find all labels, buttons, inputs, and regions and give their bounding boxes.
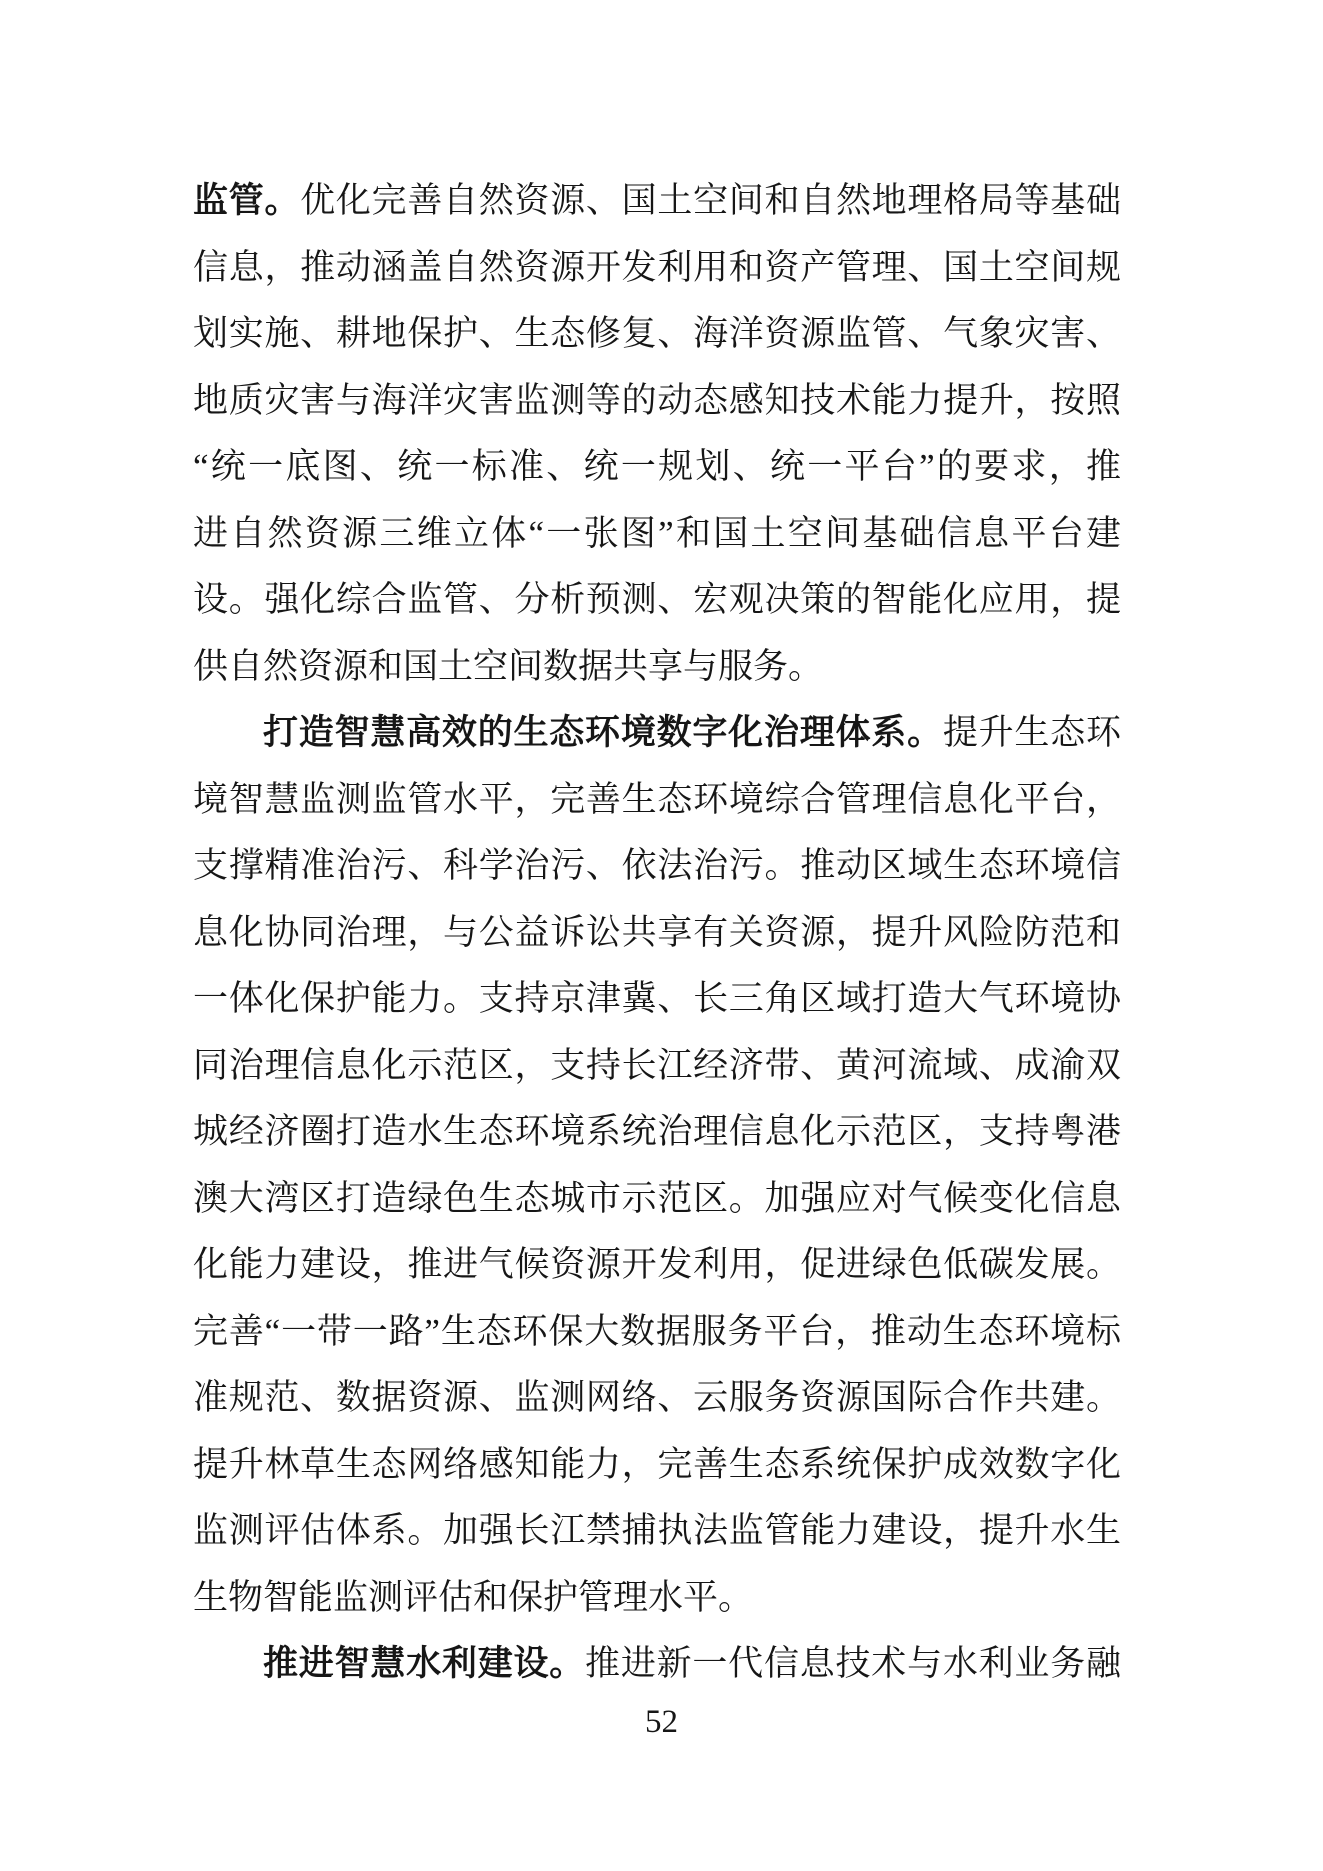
text-line: 设。强化综合监管、分析预测、宏观决策的智能化应用，提 [193, 567, 1121, 634]
text-line: 息化协同治理，与公益诉讼共享有关资源，提升风险防范和 [193, 900, 1121, 967]
text-line: 提升林草生态网络感知能力，完善生态系统保护成效数字化 [193, 1432, 1121, 1499]
line-text: 一体化保护能力。支持京津冀、长三角区域打造大气环境协 [193, 979, 1121, 1018]
text-line: 准规范、数据资源、监测网络、云服务资源国际合作共建。 [193, 1365, 1121, 1432]
line-text: 同治理信息化示范区，支持长江经济带、黄河流域、成渝双 [193, 1046, 1121, 1085]
line-text: 支撑精准治污、科学治污、依法治污。推动区域生态环境信 [193, 846, 1121, 885]
text-line: 信息，推动涵盖自然资源开发利用和资产管理、国土空间规 [193, 235, 1121, 302]
text-line: 一体化保护能力。支持京津冀、长三角区域打造大气环境协 [193, 966, 1121, 1033]
text-line: 进自然资源三维立体“一张图”和国土空间基础信息平台建 [193, 501, 1121, 568]
text-line: 澳大湾区打造绿色生态城市示范区。加强应对气候变化信息 [193, 1166, 1121, 1233]
line-text: 提升生态环 [943, 713, 1121, 752]
line-text: 准规范、数据资源、监测网络、云服务资源国际合作共建。 [193, 1378, 1121, 1417]
paragraph-lead-bold: 推进智慧水利建设。 [263, 1644, 585, 1683]
text-block: 监管。优化完善自然资源、国土空间和自然地理格局等基础 信息，推动涵盖自然资源开发… [193, 168, 1121, 1698]
line-text: 完善“一带一路”生态环保大数据服务平台，推动生态环境标 [193, 1312, 1121, 1351]
text-line: 完善“一带一路”生态环保大数据服务平台，推动生态环境标 [193, 1299, 1121, 1366]
line-text: 境智慧监测监管水平，完善生态环境综合管理信息化平台， [193, 780, 1121, 819]
line-text: 化能力建设，推进气候资源开发利用，促进绿色低碳发展。 [193, 1245, 1121, 1284]
text-line: 城经济圈打造水生态环境系统治理信息化示范区，支持粤港 [193, 1099, 1121, 1166]
text-line: 生物智能监测评估和保护管理水平。 [193, 1565, 1121, 1632]
line-text: 进自然资源三维立体“一张图”和国土空间基础信息平台建 [193, 514, 1121, 553]
line-text: “统一底图、统一标准、统一规划、统一平台”的要求，推 [193, 447, 1121, 486]
line-text: 信息，推动涵盖自然资源开发利用和资产管理、国土空间规 [193, 248, 1121, 287]
text-line: 同治理信息化示范区，支持长江经济带、黄河流域、成渝双 [193, 1033, 1121, 1100]
text-line: 地质灾害与海洋灾害监测等的动态感知技术能力提升，按照 [193, 368, 1121, 435]
line-text: 提升林草生态网络感知能力，完善生态系统保护成效数字化 [193, 1445, 1121, 1484]
text-line: 境智慧监测监管水平，完善生态环境综合管理信息化平台， [193, 767, 1121, 834]
line-text: 息化协同治理，与公益诉讼共享有关资源，提升风险防范和 [193, 913, 1121, 952]
text-line: 支撑精准治污、科学治污、依法治污。推动区域生态环境信 [193, 833, 1121, 900]
line-text: 设。强化综合监管、分析预测、宏观决策的智能化应用，提 [193, 580, 1121, 619]
line-text: 城经济圈打造水生态环境系统治理信息化示范区，支持粤港 [193, 1112, 1121, 1151]
line-text: 优化完善自然资源、国土空间和自然地理格局等基础 [300, 181, 1121, 220]
line-text: 澳大湾区打造绿色生态城市示范区。加强应对气候变化信息 [193, 1179, 1121, 1218]
line-text: 监测评估体系。加强长江禁捕执法监管能力建设，提升水生 [193, 1511, 1121, 1550]
text-line: 打造智慧高效的生态环境数字化治理体系。提升生态环 [193, 700, 1121, 767]
text-line: 化能力建设，推进气候资源开发利用，促进绿色低碳发展。 [193, 1232, 1121, 1299]
page-number: 52 [0, 1704, 1323, 1741]
text-line: 供自然资源和国土空间数据共享与服务。 [193, 634, 1121, 701]
paragraph-lead-bold: 打造智慧高效的生态环境数字化治理体系。 [263, 713, 943, 752]
text-line: “统一底图、统一标准、统一规划、统一平台”的要求，推 [193, 434, 1121, 501]
paragraph-lead-bold: 监管。 [193, 181, 300, 220]
text-line: 划实施、耕地保护、生态修复、海洋资源监管、气象灾害、 [193, 301, 1121, 368]
text-line: 监测评估体系。加强长江禁捕执法监管能力建设，提升水生 [193, 1498, 1121, 1565]
line-text: 供自然资源和国土空间数据共享与服务。 [193, 647, 823, 686]
line-text: 生物智能监测评估和保护管理水平。 [193, 1578, 753, 1617]
text-line: 监管。优化完善自然资源、国土空间和自然地理格局等基础 [193, 168, 1121, 235]
line-text: 地质灾害与海洋灾害监测等的动态感知技术能力提升，按照 [193, 381, 1121, 420]
line-text: 划实施、耕地保护、生态修复、海洋资源监管、气象灾害、 [193, 314, 1121, 353]
text-line: 推进智慧水利建设。推进新一代信息技术与水利业务融 [193, 1631, 1121, 1698]
line-text: 推进新一代信息技术与水利业务融 [585, 1644, 1121, 1683]
document-page: 监管。优化完善自然资源、国土空间和自然地理格局等基础 信息，推动涵盖自然资源开发… [0, 0, 1323, 1871]
